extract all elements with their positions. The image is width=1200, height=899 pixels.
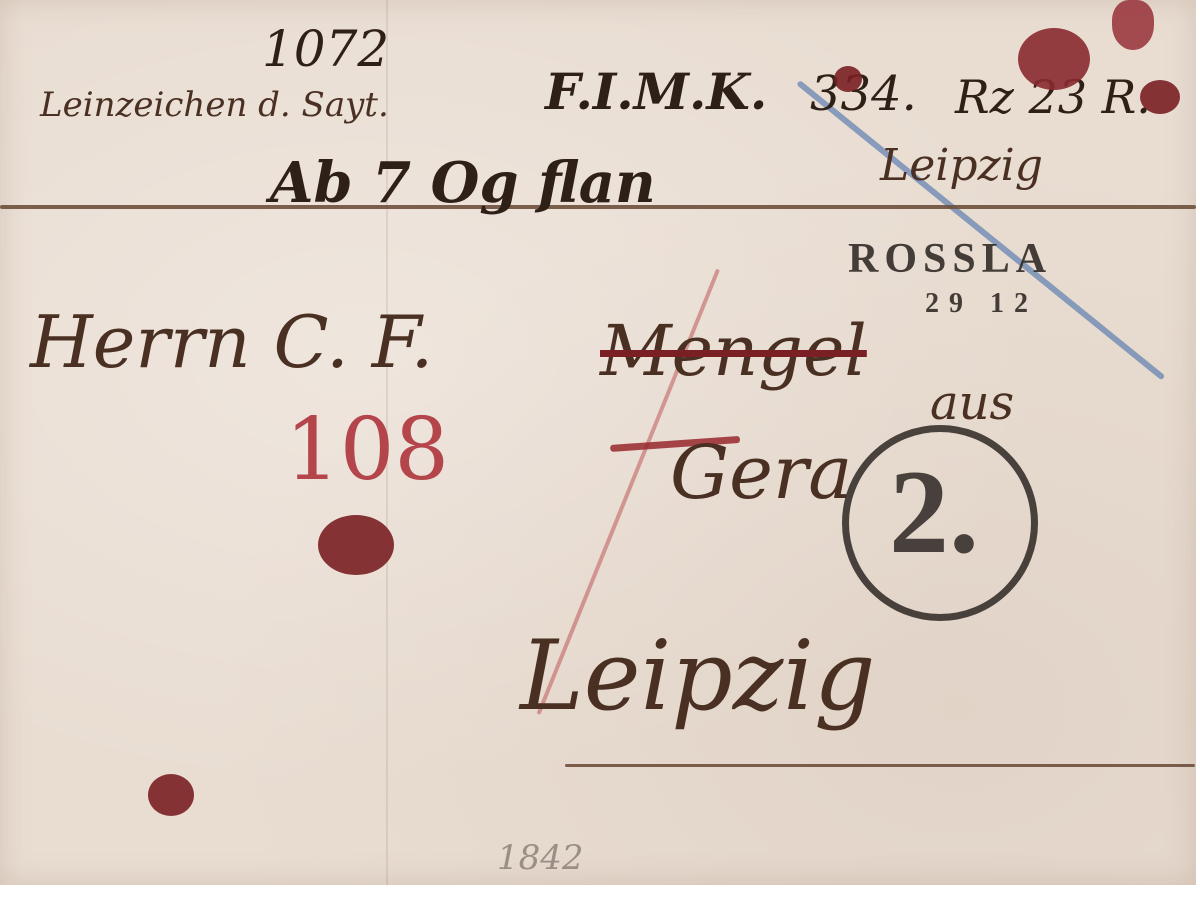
sender-city-top: Leipzig: [880, 140, 1043, 191]
address-from-town: Gera: [670, 430, 852, 516]
ink-blot-bottom-left: [148, 774, 194, 816]
ink-blot-top-right: [1018, 28, 1090, 90]
top-line-left: Leinzeichen d. Sayt.: [40, 85, 389, 125]
ink-blot-right: [1140, 80, 1180, 114]
top-line-number: 334.: [810, 66, 917, 122]
red-ink-number: 108: [285, 400, 449, 500]
pencil-year-note: 1842: [497, 838, 584, 878]
postmark-town: ROSSLA: [848, 235, 1052, 283]
ink-drip-top-right: [1112, 0, 1154, 50]
corner-note: 1072: [262, 20, 389, 78]
envelope-paper: 1072 Leinzeichen d. Sayt. F.I.M.K. 334. …: [0, 0, 1196, 885]
ink-dot: [834, 66, 862, 92]
address-underline: [565, 764, 1195, 767]
numeral-circle-stamp: 2.: [842, 425, 1038, 621]
address-destination: Leipzig: [520, 620, 875, 732]
top-line-center: F.I.M.K.: [545, 62, 767, 121]
address-name: Mengel: [600, 310, 867, 392]
numeral-stamp-value: 2.: [889, 452, 979, 572]
second-line: Ab 7 Og flan: [270, 150, 656, 216]
address-from-label: aus: [930, 375, 1014, 431]
address-salutation: Herrn C. F.: [30, 300, 433, 384]
ink-blot-center: [318, 515, 394, 575]
postmark-date: 29 12: [925, 288, 1038, 320]
